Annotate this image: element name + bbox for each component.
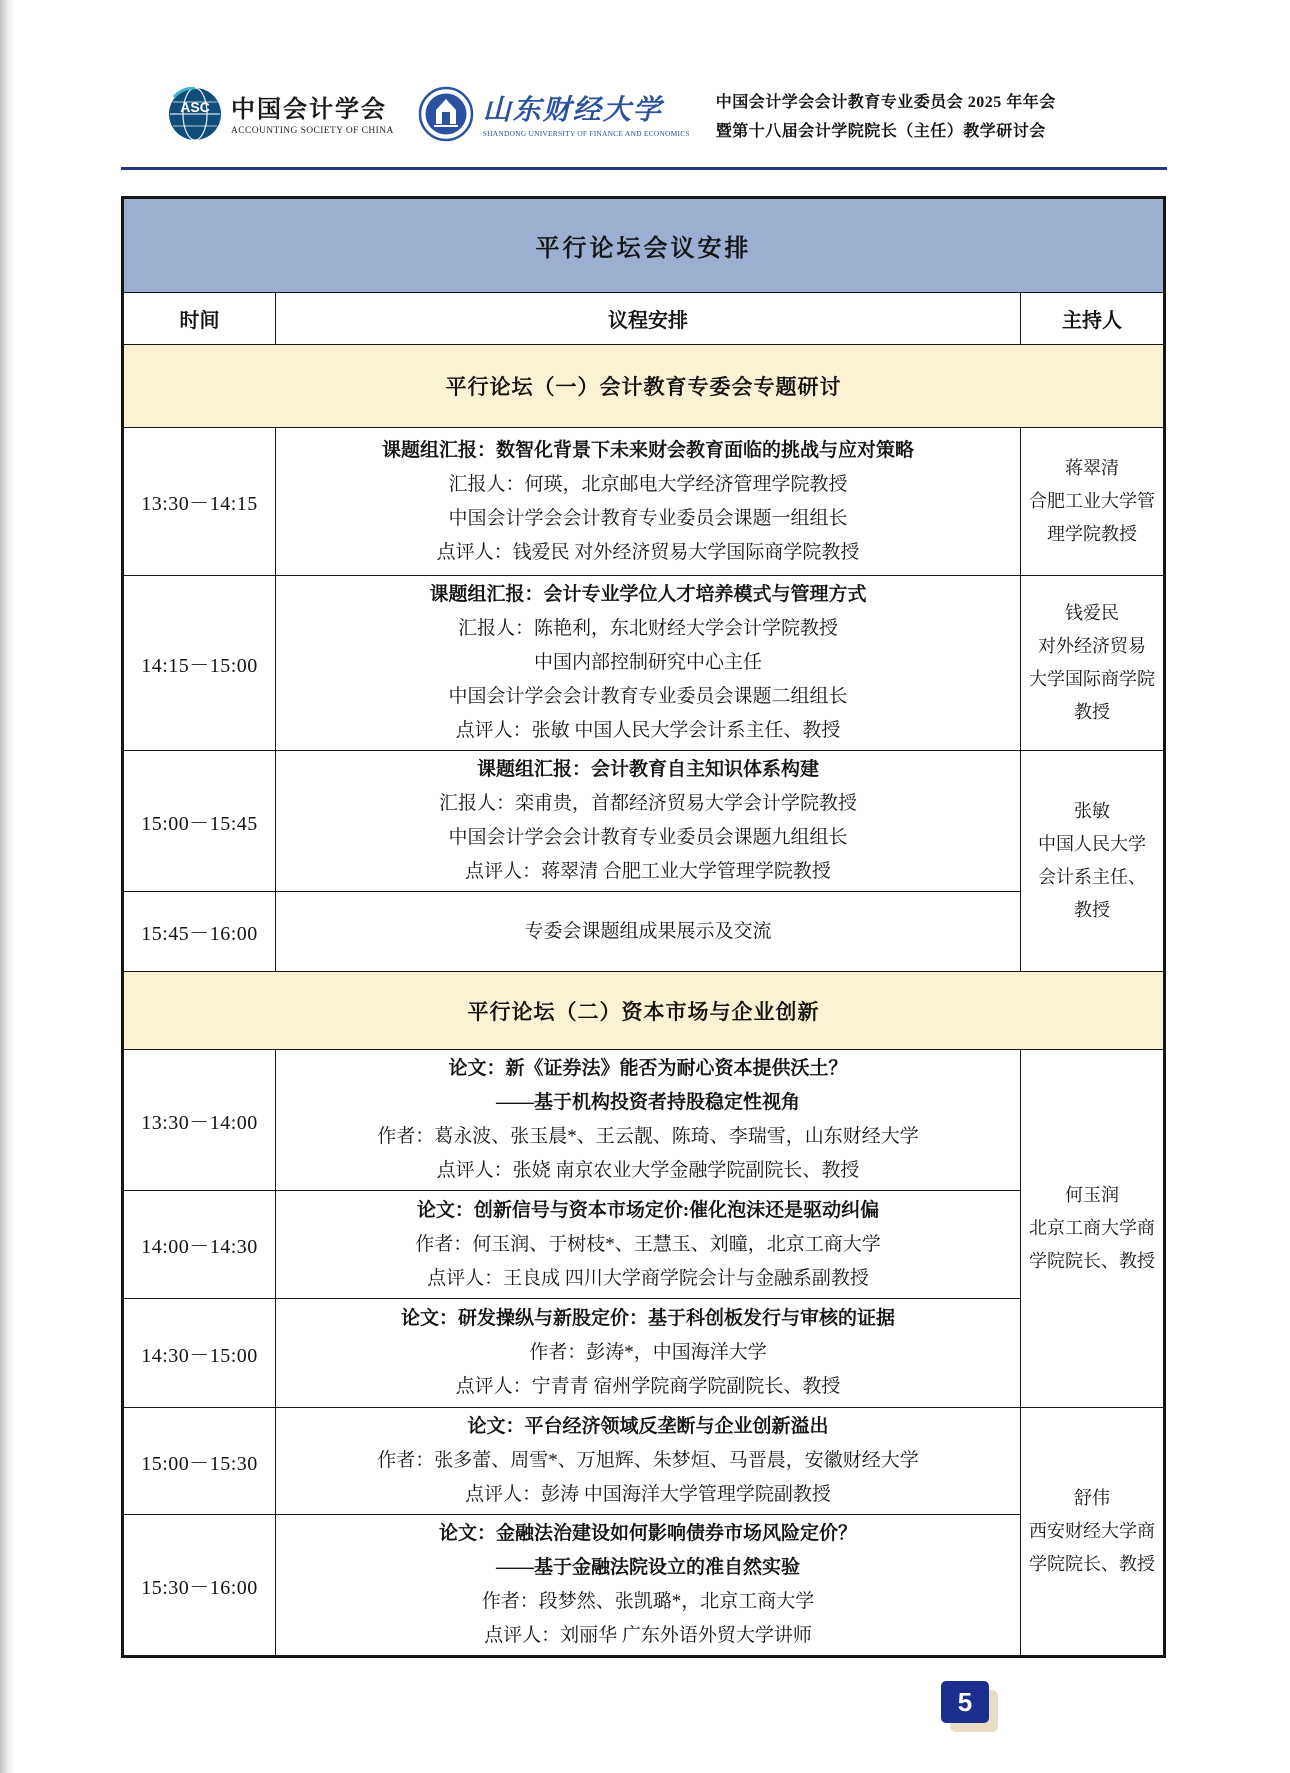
agenda-subtitle: ——基于金融法院设立的准自然实验 bbox=[282, 1551, 1014, 1585]
agenda-subtitle: ——基于机构投资者持股稳定性视角 bbox=[282, 1086, 1014, 1120]
page-header: ASC 中国会计学会 ACCOUNTING SOCIETY OF CHINA 山… bbox=[168, 86, 1056, 147]
asc-name-cn: 中国会计学会 bbox=[231, 95, 394, 125]
agenda-title: 论文：新《证券法》能否为耐心资本提供沃土？ bbox=[282, 1052, 1014, 1086]
agenda-cell: 专委会课题组成果展示及交流 bbox=[276, 892, 1021, 972]
agenda-cell: 课题组汇报：会计教育自主知识体系构建 汇报人：栾甫贵，首都经济贸易大学会计学院教… bbox=[276, 751, 1021, 892]
agenda-line: 中国内部控制研究中心主任 bbox=[282, 646, 1014, 680]
table-title: 平行论坛会议安排 bbox=[123, 198, 1165, 293]
host-line: 会计系主任、 bbox=[1027, 861, 1157, 894]
asc-name-en: ACCOUNTING SOCIETY OF CHINA bbox=[231, 125, 394, 138]
host-line: 北京工商大学商 bbox=[1027, 1212, 1157, 1245]
host-cell: 蒋翠清 合肥工业大学管 理学院教授 bbox=[1021, 428, 1165, 576]
asc-logo: ASC 中国会计学会 ACCOUNTING SOCIETY OF CHINA bbox=[168, 87, 394, 146]
agenda-cell: 课题组汇报：会计专业学位人才培养模式与管理方式 汇报人：陈艳利，东北财经大学会计… bbox=[276, 576, 1021, 751]
time-cell: 15:45－16:00 bbox=[123, 892, 276, 972]
table-row: 14:15－15:00 课题组汇报：会计专业学位人才培养模式与管理方式 汇报人：… bbox=[123, 576, 1165, 751]
svg-text:ASC: ASC bbox=[180, 99, 210, 115]
sdufe-emblem-icon bbox=[418, 86, 474, 147]
host-cell: 张敏 中国人民大学 会计系主任、 教授 bbox=[1021, 751, 1165, 972]
table-row: 15:30－16:00 论文：金融法治建设如何影响债券市场风险定价？ ——基于金… bbox=[123, 1515, 1165, 1657]
host-line: 合肥工业大学管 bbox=[1027, 485, 1157, 518]
host-line: 教授 bbox=[1027, 696, 1157, 729]
host-line: 教授 bbox=[1027, 894, 1157, 927]
host-line: 西安财经大学商 bbox=[1027, 1515, 1157, 1548]
time-cell: 13:30－14:00 bbox=[123, 1050, 276, 1191]
agenda-cell: 论文：新《证券法》能否为耐心资本提供沃土？ ——基于机构投资者持股稳定性视角 作… bbox=[276, 1050, 1021, 1191]
agenda-line: 中国会计学会会计教育专业委员会课题二组组长 bbox=[282, 680, 1014, 714]
host-line: 学院院长、教授 bbox=[1027, 1548, 1157, 1581]
agenda-cell: 论文：创新信号与资本市场定价:催化泡沫还是驱动纠偏 作者：何玉润、于树枝*、王慧… bbox=[276, 1191, 1021, 1299]
scan-page-edge bbox=[0, 0, 16, 1773]
agenda-title: 论文：创新信号与资本市场定价:催化泡沫还是驱动纠偏 bbox=[282, 1194, 1014, 1228]
time-cell: 15:30－16:00 bbox=[123, 1515, 276, 1657]
host-line: 蒋翠清 bbox=[1027, 452, 1157, 485]
column-header-row: 时间 议程安排 主持人 bbox=[123, 293, 1165, 345]
time-cell: 14:15－15:00 bbox=[123, 576, 276, 751]
host-line: 理学院教授 bbox=[1027, 518, 1157, 551]
agenda-line: 作者：葛永波、张玉晨*、王云靓、陈琦、李瑞雪，山东财经大学 bbox=[282, 1120, 1014, 1154]
host-line: 对外经济贸易 bbox=[1027, 630, 1157, 663]
col-header-time: 时间 bbox=[123, 293, 276, 345]
agenda-line: 点评人：蒋翠清 合肥工业大学管理学院教授 bbox=[282, 855, 1014, 889]
agenda-line: 汇报人：何瑛，北京邮电大学经济管理学院教授 bbox=[282, 468, 1014, 502]
agenda-line: 作者：张多蕾、周雪*、万旭辉、朱梦烜、马晋晨，安徽财经大学 bbox=[282, 1444, 1014, 1478]
agenda-line: 点评人：彭涛 中国海洋大学管理学院副教授 bbox=[282, 1478, 1014, 1512]
table-title-row: 平行论坛会议安排 bbox=[123, 198, 1165, 293]
conference-title-line1: 中国会计学会会计教育专业委员会 2025 年年会 bbox=[716, 88, 1056, 117]
time-cell: 13:30－14:15 bbox=[123, 428, 276, 576]
section-1-header: 平行论坛（一）会计教育专委会专题研讨 bbox=[123, 345, 1165, 428]
schedule-table: 平行论坛会议安排 时间 议程安排 主持人 平行论坛（一）会计教育专委会专题研讨 … bbox=[121, 196, 1166, 1658]
agenda-line: 中国会计学会会计教育专业委员会课题一组组长 bbox=[282, 502, 1014, 536]
host-line: 张敏 bbox=[1027, 795, 1157, 828]
agenda-line: 专委会课题组成果展示及交流 bbox=[282, 915, 1014, 949]
asc-globe-icon: ASC bbox=[168, 87, 222, 146]
agenda-line: 中国会计学会会计教育专业委员会课题九组组长 bbox=[282, 821, 1014, 855]
header-divider-rule bbox=[121, 167, 1167, 170]
table-row: 13:30－14:00 论文：新《证券法》能否为耐心资本提供沃土？ ——基于机构… bbox=[123, 1050, 1165, 1191]
agenda-cell: 论文：平台经济领域反垄断与企业创新溢出 作者：张多蕾、周雪*、万旭辉、朱梦烜、马… bbox=[276, 1408, 1021, 1515]
conference-title: 中国会计学会会计教育专业委员会 2025 年年会 暨第十八届会计学院院长（主任）… bbox=[716, 88, 1056, 146]
agenda-line: 点评人：钱爱民 对外经济贸易大学国际商学院教授 bbox=[282, 536, 1014, 570]
agenda-line: 作者：彭涛*，中国海洋大学 bbox=[282, 1336, 1014, 1370]
col-header-host: 主持人 bbox=[1021, 293, 1165, 345]
page-number-badge: 5 bbox=[941, 1681, 999, 1733]
agenda-line: 汇报人：栾甫贵，首都经济贸易大学会计学院教授 bbox=[282, 787, 1014, 821]
agenda-line: 点评人：张娆 南京农业大学金融学院副院长、教授 bbox=[282, 1154, 1014, 1188]
agenda-title: 论文：平台经济领域反垄断与企业创新溢出 bbox=[282, 1410, 1014, 1444]
agenda-line: 点评人：王良成 四川大学商学院会计与金融系副教授 bbox=[282, 1262, 1014, 1296]
host-line: 大学国际商学院 bbox=[1027, 663, 1157, 696]
agenda-title: 课题组汇报：数智化背景下未来财会教育面临的挑战与应对策略 bbox=[282, 434, 1014, 468]
section-2-header-row: 平行论坛（二）资本市场与企业创新 bbox=[123, 972, 1165, 1050]
table-row: 15:00－15:30 论文：平台经济领域反垄断与企业创新溢出 作者：张多蕾、周… bbox=[123, 1408, 1165, 1515]
host-line: 舒伟 bbox=[1027, 1482, 1157, 1515]
table-row: 15:00－15:45 课题组汇报：会计教育自主知识体系构建 汇报人：栾甫贵，首… bbox=[123, 751, 1165, 892]
agenda-line: 点评人：刘丽华 广东外语外贸大学讲师 bbox=[282, 1619, 1014, 1653]
agenda-cell: 课题组汇报：数智化背景下未来财会教育面临的挑战与应对策略 汇报人：何瑛，北京邮电… bbox=[276, 428, 1021, 576]
host-cell: 舒伟 西安财经大学商 学院院长、教授 bbox=[1021, 1408, 1165, 1657]
table-row: 15:45－16:00 专委会课题组成果展示及交流 bbox=[123, 892, 1165, 972]
host-line: 钱爱民 bbox=[1027, 597, 1157, 630]
time-cell: 14:00－14:30 bbox=[123, 1191, 276, 1299]
time-cell: 15:00－15:30 bbox=[123, 1408, 276, 1515]
table-row: 14:00－14:30 论文：创新信号与资本市场定价:催化泡沫还是驱动纠偏 作者… bbox=[123, 1191, 1165, 1299]
section-2-header: 平行论坛（二）资本市场与企业创新 bbox=[123, 972, 1165, 1050]
table-row: 14:30－15:00 论文：研发操纵与新股定价：基于科创板发行与审核的证据 作… bbox=[123, 1299, 1165, 1408]
agenda-line: 汇报人：陈艳利，东北财经大学会计学院教授 bbox=[282, 612, 1014, 646]
host-line: 中国人民大学 bbox=[1027, 828, 1157, 861]
time-cell: 14:30－15:00 bbox=[123, 1299, 276, 1408]
sdufe-logo: 山东财经大学 SHANDONG UNIVERSITY OF FINANCE AN… bbox=[418, 86, 690, 147]
agenda-cell: 论文：研发操纵与新股定价：基于科创板发行与审核的证据 作者：彭涛*，中国海洋大学… bbox=[276, 1299, 1021, 1408]
agenda-cell: 论文：金融法治建设如何影响债券市场风险定价？ ——基于金融法院设立的准自然实验 … bbox=[276, 1515, 1021, 1657]
host-cell: 钱爱民 对外经济贸易 大学国际商学院 教授 bbox=[1021, 576, 1165, 751]
page-number: 5 bbox=[941, 1681, 989, 1723]
agenda-title: 课题组汇报：会计教育自主知识体系构建 bbox=[282, 753, 1014, 787]
table-row: 13:30－14:15 课题组汇报：数智化背景下未来财会教育面临的挑战与应对策略… bbox=[123, 428, 1165, 576]
col-header-agenda: 议程安排 bbox=[276, 293, 1021, 345]
section-1-header-row: 平行论坛（一）会计教育专委会专题研讨 bbox=[123, 345, 1165, 428]
agenda-line: 作者：段梦然、张凯璐*，北京工商大学 bbox=[282, 1585, 1014, 1619]
host-line: 学院院长、教授 bbox=[1027, 1245, 1157, 1278]
agenda-line: 点评人：张敏 中国人民大学会计系主任、教授 bbox=[282, 714, 1014, 748]
agenda-line: 作者：何玉润、于树枝*、王慧玉、刘曈，北京工商大学 bbox=[282, 1228, 1014, 1262]
sdufe-name-cn: 山东财经大学 bbox=[483, 94, 690, 128]
conference-title-line2: 暨第十八届会计学院院长（主任）教学研讨会 bbox=[716, 117, 1056, 146]
agenda-title: 论文：研发操纵与新股定价：基于科创板发行与审核的证据 bbox=[282, 1302, 1014, 1336]
agenda-title: 论文：金融法治建设如何影响债券市场风险定价？ bbox=[282, 1517, 1014, 1551]
agenda-title: 课题组汇报：会计专业学位人才培养模式与管理方式 bbox=[282, 578, 1014, 612]
sdufe-name-en: SHANDONG UNIVERSITY OF FINANCE AND ECONO… bbox=[483, 128, 690, 139]
time-cell: 15:00－15:45 bbox=[123, 751, 276, 892]
host-cell: 何玉润 北京工商大学商 学院院长、教授 bbox=[1021, 1050, 1165, 1408]
agenda-line: 点评人：宁青青 宿州学院商学院副院长、教授 bbox=[282, 1370, 1014, 1404]
host-line: 何玉润 bbox=[1027, 1179, 1157, 1212]
